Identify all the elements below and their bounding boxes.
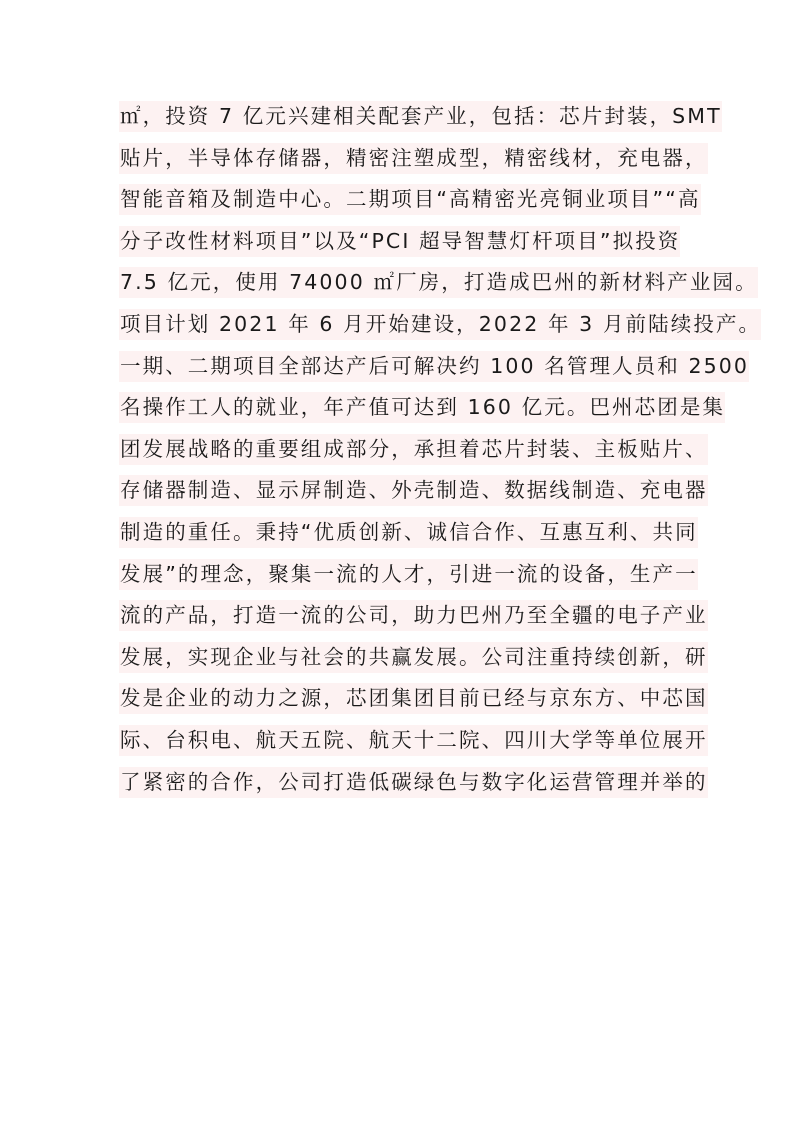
highlighted-text: 际、台积电、航天五院、航天十二院、四川大学等单位展开 bbox=[119, 725, 708, 756]
highlighted-text: 7.5 亿元，使用 74000 ㎡厂房，打造成巴州的新材料产业园。 bbox=[119, 267, 758, 298]
text-line: 一期、二期项目全部达产后可解决约 100 名管理人员和 2500 bbox=[119, 351, 679, 393]
text-line: 分子改性材料项目”以及“PCI 超导智慧灯杆项目”拟投资 bbox=[119, 226, 679, 268]
text-line: 发展，实现企业与社会的共赢发展。公司注重持续创新，研 bbox=[119, 642, 679, 684]
highlighted-text: 项目计划 2021 年 6 月开始建设，2022 年 3 月前陆续投产。 bbox=[119, 309, 761, 340]
highlighted-text: 发是企业的动力之源，芯团集团目前已经与京东方、中芯国 bbox=[119, 683, 708, 714]
highlighted-text: 一期、二期项目全部达产后可解决约 100 名管理人员和 2500 bbox=[119, 351, 749, 382]
highlighted-text: 发展，实现企业与社会的共赢发展。公司注重持续创新，研 bbox=[119, 642, 708, 673]
text-line: 贴片，半导体存储器，精密注塑成型，精密线材，充电器， bbox=[119, 143, 679, 185]
highlighted-text: ㎡，投资 7 亿元兴建相关配套产业，包括：芯片封装，SMT bbox=[119, 101, 722, 132]
text-line: 发展”的理念，聚集一流的人才，引进一流的设备，生产一 bbox=[119, 559, 679, 601]
text-line: 存储器制造、显示屏制造、外壳制造、数据线制造、充电器 bbox=[119, 475, 679, 517]
highlighted-text: 团发展战略的重要组成部分，承担着芯片封装、主板贴片、 bbox=[119, 434, 708, 465]
text-line: 团发展战略的重要组成部分，承担着芯片封装、主板贴片、 bbox=[119, 434, 679, 476]
highlighted-text: 存储器制造、显示屏制造、外壳制造、数据线制造、充电器 bbox=[119, 475, 708, 506]
document-page: ㎡，投资 7 亿元兴建相关配套产业，包括：芯片封装，SMT 贴片，半导体存储器，… bbox=[0, 0, 793, 1122]
highlighted-text: 发展”的理念，聚集一流的人才，引进一流的设备，生产一 bbox=[119, 559, 698, 590]
highlighted-text: 分子改性材料项目”以及“PCI 超导智慧灯杆项目”拟投资 bbox=[119, 226, 680, 257]
highlighted-text: 智能音箱及制造中心。二期项目“高精密光亮铜业项目”“高 bbox=[119, 184, 701, 215]
highlighted-text: 制造的重任。秉持“优质创新、诚信合作、互惠互利、共同 bbox=[119, 517, 698, 548]
highlighted-text: 名操作工人的就业，年产值可达到 160 亿元。巴州芯团是集 bbox=[119, 392, 725, 423]
highlighted-text: 贴片，半导体存储器，精密注塑成型，精密线材，充电器， bbox=[119, 143, 708, 174]
text-line: 了紧密的合作，公司打造低碳绿色与数字化运营管理并举的 bbox=[119, 767, 679, 809]
text-line: 发是企业的动力之源，芯团集团目前已经与京东方、中芯国 bbox=[119, 683, 679, 725]
highlighted-text: 了紧密的合作，公司打造低碳绿色与数字化运营管理并举的 bbox=[119, 767, 708, 798]
text-line: 7.5 亿元，使用 74000 ㎡厂房，打造成巴州的新材料产业园。 bbox=[119, 267, 679, 309]
body-paragraph: ㎡，投资 7 亿元兴建相关配套产业，包括：芯片封装，SMT 贴片，半导体存储器，… bbox=[119, 101, 679, 808]
text-line: 智能音箱及制造中心。二期项目“高精密光亮铜业项目”“高 bbox=[119, 184, 679, 226]
text-line: ㎡，投资 7 亿元兴建相关配套产业，包括：芯片封装，SMT bbox=[119, 101, 679, 143]
text-line: 名操作工人的就业，年产值可达到 160 亿元。巴州芯团是集 bbox=[119, 392, 679, 434]
text-line: 际、台积电、航天五院、航天十二院、四川大学等单位展开 bbox=[119, 725, 679, 767]
text-line: 流的产品，打造一流的公司，助力巴州乃至全疆的电子产业 bbox=[119, 600, 679, 642]
text-line: 项目计划 2021 年 6 月开始建设，2022 年 3 月前陆续投产。 bbox=[119, 309, 679, 351]
highlighted-text: 流的产品，打造一流的公司，助力巴州乃至全疆的电子产业 bbox=[119, 600, 708, 631]
text-line: 制造的重任。秉持“优质创新、诚信合作、互惠互利、共同 bbox=[119, 517, 679, 559]
